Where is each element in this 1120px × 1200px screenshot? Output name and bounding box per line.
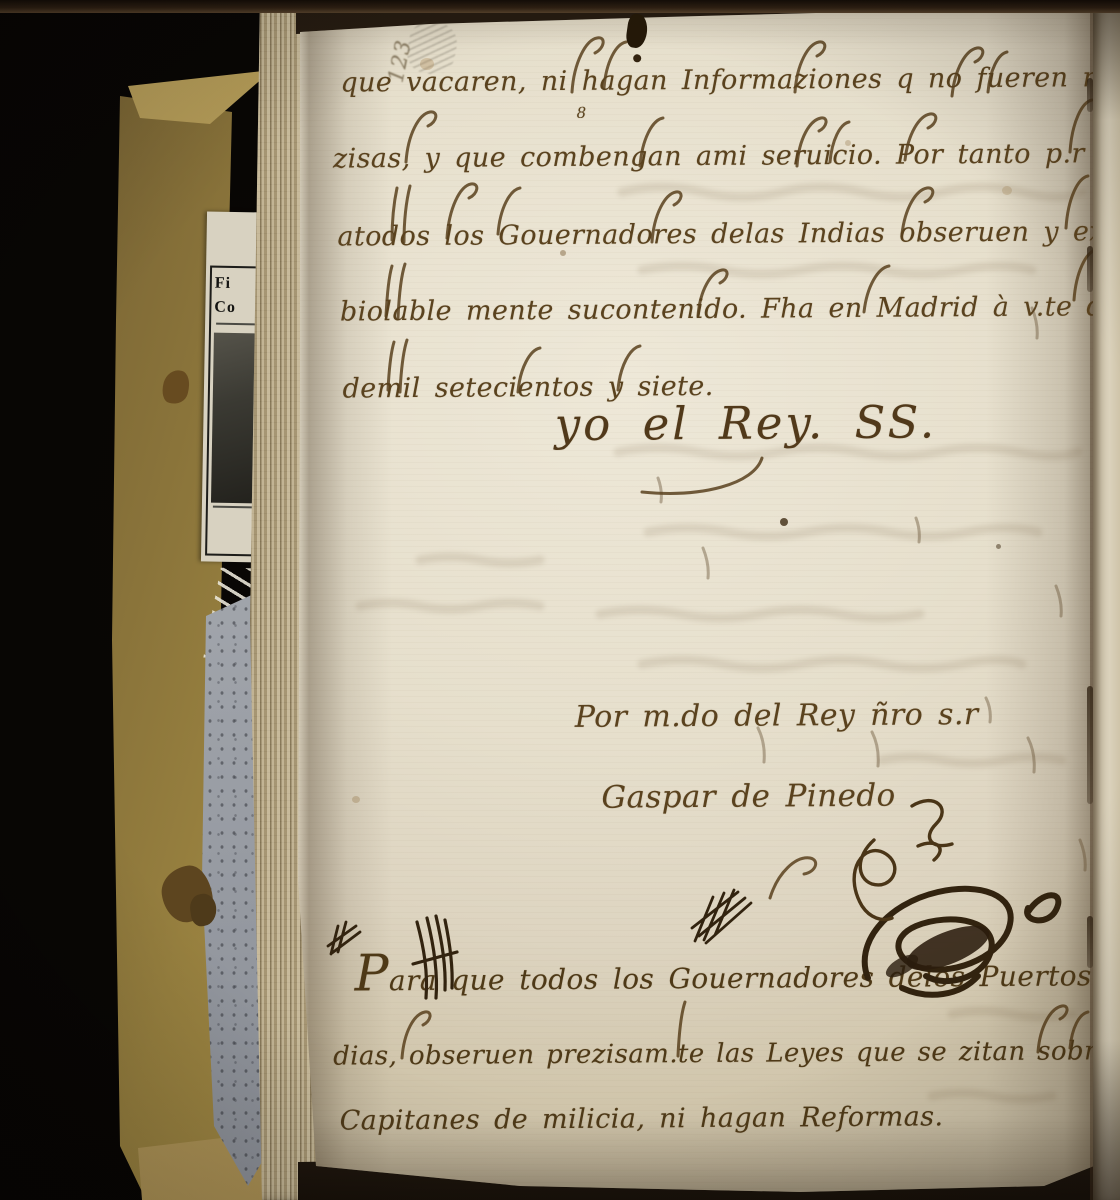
fold-crease-mark	[1087, 246, 1093, 292]
fold-crease-mark	[1087, 916, 1093, 968]
facing-page-strip	[1093, 0, 1120, 1200]
ink-flourishes	[0, 0, 1120, 1200]
book-top-edge	[0, 0, 1120, 13]
photographed-manuscript-scene: Fi Co 123 que vacaren, ni hagan Informaz…	[0, 0, 1120, 1200]
fold-crease-mark	[1087, 78, 1093, 112]
page-fold-line	[1090, 0, 1093, 1200]
fold-crease-mark	[1087, 686, 1093, 804]
